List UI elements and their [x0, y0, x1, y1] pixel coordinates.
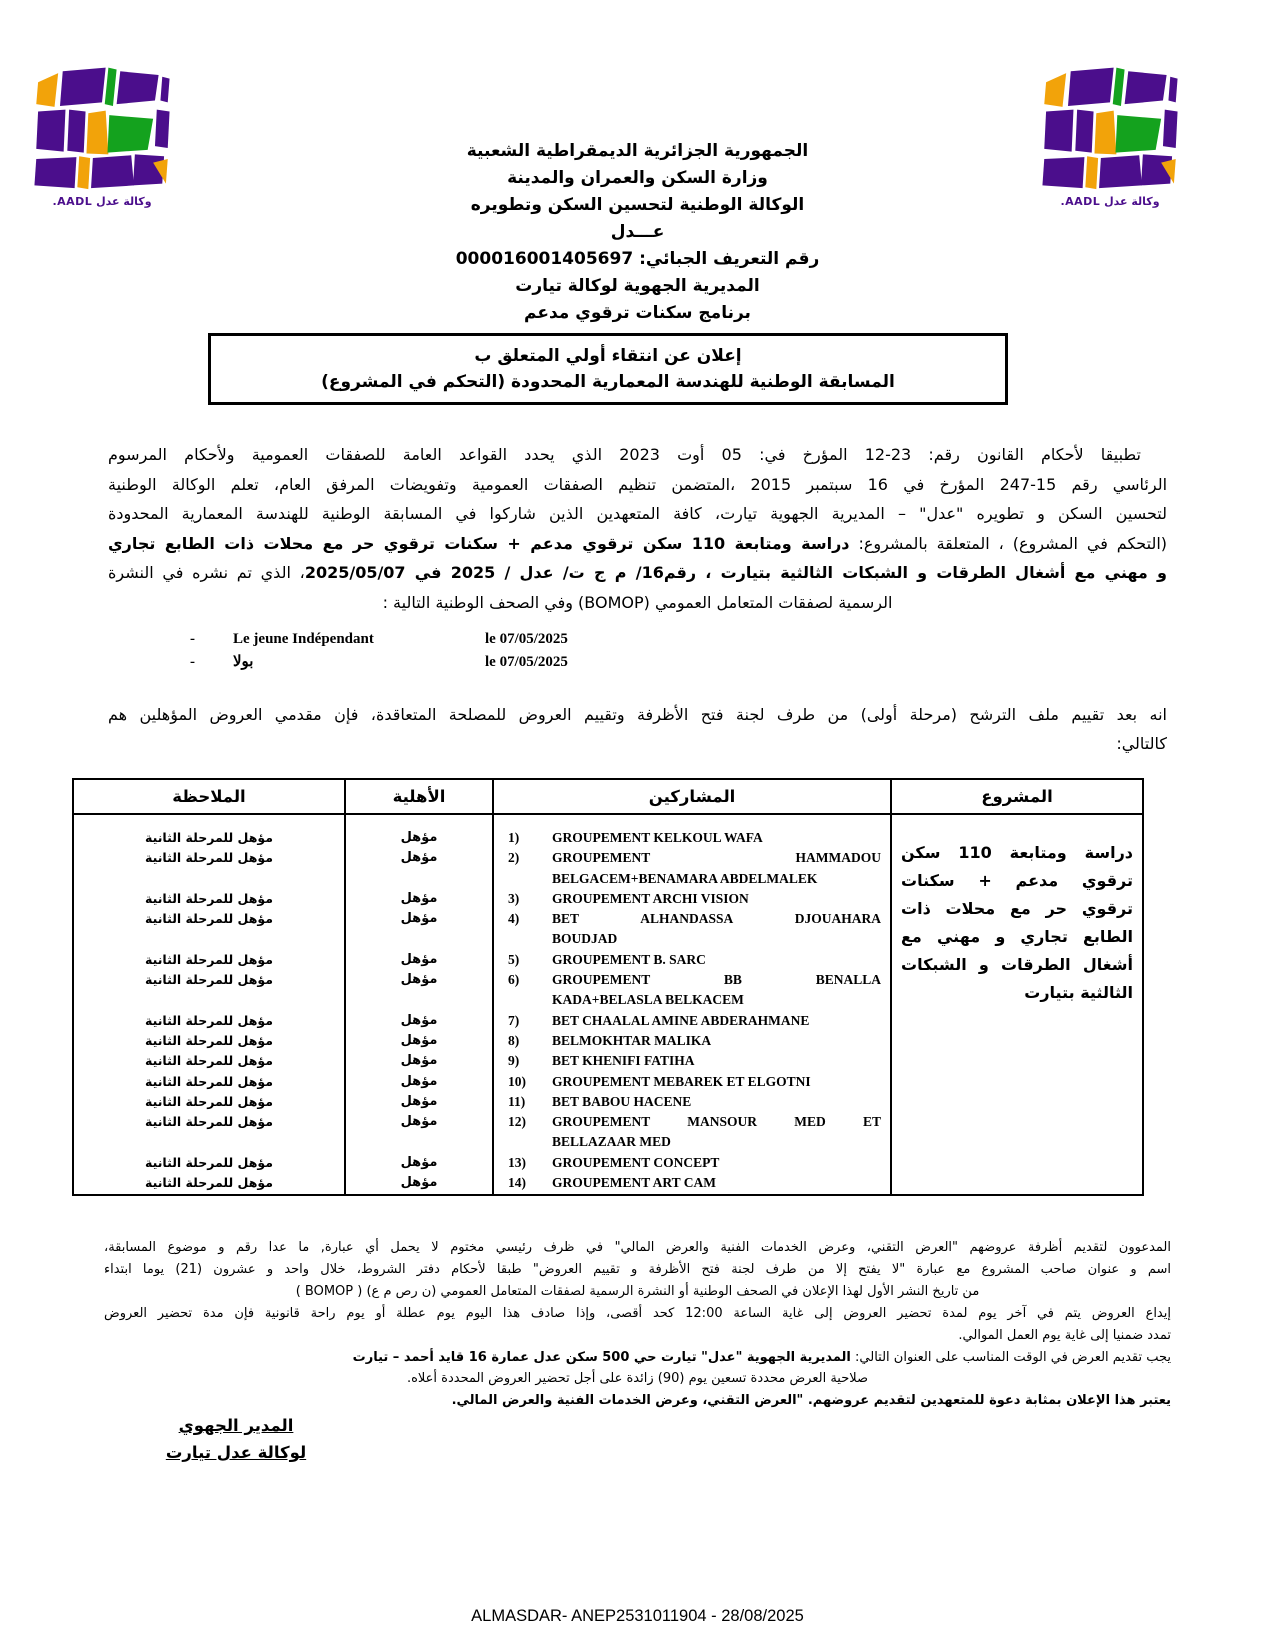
bold-text-segment: و مهني مع أشغال الطرقات و الشبكات الثالث… [305, 563, 1167, 582]
eligibility-cell-line [346, 1132, 492, 1152]
participant-number: 1) [508, 828, 519, 848]
eligibility-cell-line: مؤهل [346, 1031, 492, 1051]
eligibility-cell-line: مؤهل [346, 828, 492, 848]
table-body-participants: 1)GROUPEMENT KELKOUL WAFA2)GROUPEMENT HA… [494, 815, 890, 1194]
participant-line: BELLAZAAR MED [494, 1132, 890, 1152]
text-segment: تطبيقا لأحكام القانون رقم: 23-12 المؤرخ … [108, 445, 1141, 464]
participant-number: 9) [508, 1051, 519, 1071]
text-segment: المدعوون لتقديم أظرفة عروضهم "العرض التق… [104, 1240, 1171, 1255]
text-segment: لتحسين السكن و تطويره "عدل" – المديرية ا… [108, 504, 1167, 523]
participant-line: BOUDJAD [494, 929, 890, 949]
participant-number: 5) [508, 950, 519, 970]
eligibility-cell-line: مؤهل [346, 1092, 492, 1112]
signature-title: المدير الجهوي [138, 1412, 334, 1439]
participant-line: 12)GROUPEMENT MANSOUR MED ET [494, 1112, 890, 1132]
qualification-line2: كالتالي: [108, 729, 1167, 758]
participant-name: KADA+BELASLA BELKACEM [552, 990, 881, 1010]
eligibility-cell-line: مؤهل [346, 1153, 492, 1173]
participant-number: 10) [508, 1072, 526, 1092]
eligibility-cell-line: مؤهل [346, 970, 492, 990]
participant-line: 14)GROUPEMENT ART CAM [494, 1173, 890, 1193]
note-cell-line [74, 929, 344, 949]
letterhead-line-direction: المديرية الجهوية لوكالة تيارت [0, 273, 1275, 300]
text-segment: صلاحية العرض محددة تسعين يوم (90) زائدة … [407, 1371, 868, 1386]
footer-line: من تاريخ النشر الأول لهذا الإعلان في الص… [104, 1281, 1171, 1303]
participant-name: GROUPEMENT ART CAM [552, 1173, 881, 1193]
participant-number: 13) [508, 1153, 526, 1173]
list-dash: - [190, 628, 233, 651]
newspaper-item: -Le jeune Indépendantle 07/05/2025 [190, 628, 830, 651]
intro-line: و مهني مع أشغال الطرقات و الشبكات الثالث… [108, 558, 1167, 588]
participant-line: 7)BET CHAALAL AMINE ABDERAHMANE [494, 1011, 890, 1031]
publication-reference: ALMASDAR- ANEP2531011904 - 28/08/2025 [0, 1607, 1275, 1626]
participant-line: 11)BET BABOU HACENE [494, 1092, 890, 1112]
letterhead-line-aadl: عـــدل [0, 219, 1275, 246]
participant-line: 3)GROUPEMENT ARCHI VISION [494, 889, 890, 909]
table-header-project: المشروع [892, 780, 1142, 815]
note-cell-line: مؤهل للمرحلة الثانية [74, 970, 344, 990]
note-cell-line: مؤهل للمرحلة الثانية [74, 1112, 344, 1132]
participant-line: 8)BELMOKHTAR MALIKA [494, 1031, 890, 1051]
qualification-paragraph: انه بعد تقييم ملف الترشح (مرحلة أولى) من… [108, 700, 1167, 758]
participant-line: 9)BET KHENIFI FATIHA [494, 1051, 890, 1071]
intro-line: الرئاسي رقم 15-247 المؤرخ في 16 سبتمبر 2… [108, 470, 1167, 500]
note-cell-line: مؤهل للمرحلة الثانية [74, 1031, 344, 1051]
footer-line: يعتبر هذا الإعلان بمثابة دعوة للمتعهدين … [104, 1390, 1171, 1412]
eligibility-cell-line: مؤهل [346, 909, 492, 929]
participant-line: 1)GROUPEMENT KELKOUL WAFA [494, 828, 890, 848]
footer-line: إيداع العروض يتم في آخر يوم لمدة تحضير ا… [104, 1303, 1171, 1325]
footer-line: المدعوون لتقديم أظرفة عروضهم "العرض التق… [104, 1237, 1171, 1259]
announcement-title-box: إعلان عن انتقاء أولي المتعلق ب المسابقة … [208, 333, 1008, 405]
intro-paragraph: تطبيقا لأحكام القانون رقم: 23-12 المؤرخ … [108, 440, 1167, 617]
participant-name: GROUPEMENT CONCEPT [552, 1153, 881, 1173]
note-cell-line: مؤهل للمرحلة الثانية [74, 1011, 344, 1031]
footer-paragraph: المدعوون لتقديم أظرفة عروضهم "العرض التق… [104, 1237, 1171, 1412]
table-header-eligibility: الأهلية [346, 780, 492, 815]
participant-number: 2) [508, 848, 519, 868]
note-cell-line [74, 990, 344, 1010]
participant-name: GROUPEMENT B. SARC [552, 950, 881, 970]
participant-line: 10)GROUPEMENT MEBAREK ET ELGOTNI [494, 1072, 890, 1092]
participant-number: 14) [508, 1173, 526, 1193]
table-column-eligibility: الأهلية مؤهلمؤهلمؤهلمؤهلمؤهلمؤهلمؤهلمؤهل… [346, 780, 494, 1194]
announcement-title-line2: المسابقة الوطنية للهندسة المعمارية المحد… [217, 369, 999, 395]
participant-name: BOUDJAD [552, 929, 881, 949]
participant-name: BET KHENIFI FATIHA [552, 1051, 881, 1071]
table-header-note: الملاحظة [74, 780, 344, 815]
announcement-title-line1: إعلان عن انتقاء أولي المتعلق ب [217, 343, 999, 369]
participant-name: GROUPEMENT MEBAREK ET ELGOTNI [552, 1072, 881, 1092]
document-letterhead: الجمهورية الجزائرية الديمقراطية الشعبية … [0, 138, 1275, 327]
participant-line: 4)BET ALHANDASSA DJOUAHARA [494, 909, 890, 929]
participant-number: 4) [508, 909, 519, 929]
text-segment: ، الذي تم نشره في النشرة [108, 563, 305, 582]
participant-number: 11) [508, 1092, 525, 1112]
intro-line: تطبيقا لأحكام القانون رقم: 23-12 المؤرخ … [108, 440, 1167, 470]
newspaper-item: -بولاle 07/05/2025 [190, 651, 830, 674]
eligibility-cell-line [346, 929, 492, 949]
intro-line: لتحسين السكن و تطويره "عدل" – المديرية ا… [108, 499, 1167, 529]
eligibility-cell-line: مؤهل [346, 848, 492, 868]
footer-line: صلاحية العرض محددة تسعين يوم (90) زائدة … [104, 1368, 1171, 1390]
footer-line: يجب تقديم العرض في الوقت المناسب على الع… [104, 1347, 1171, 1369]
eligibility-cell-line: مؤهل [346, 1112, 492, 1132]
qualification-line1: انه بعد تقييم ملف الترشح (مرحلة أولى) من… [108, 700, 1167, 729]
footer-line: اسم و عنوان صاحب المشروع مع عبارة "لا يف… [104, 1259, 1171, 1281]
signature-block: المدير الجهوي لوكالة عدل تيارت [138, 1412, 334, 1466]
letterhead-line-republic: الجمهورية الجزائرية الديمقراطية الشعبية [0, 138, 1275, 165]
newspaper-name: Le jeune Indépendant [233, 628, 485, 651]
eligibility-cell-line: مؤهل [346, 1051, 492, 1071]
participant-name: GROUPEMENT MANSOUR MED ET [552, 1112, 881, 1132]
participant-name: BELGACEM+BENAMARA ABDELMALEK [552, 869, 881, 889]
note-cell-line: مؤهل للمرحلة الثانية [74, 1173, 344, 1193]
eligibility-cell-line: مؤهل [346, 950, 492, 970]
text-segment: اسم و عنوان صاحب المشروع مع عبارة "لا يف… [104, 1262, 1171, 1277]
participant-line: 5)GROUPEMENT B. SARC [494, 950, 890, 970]
intro-line: (التحكم في المشروع) ، المتعلقة بالمشروع:… [108, 529, 1167, 559]
note-cell-line [74, 1132, 344, 1152]
document-page: وكالة عدل AADL. وكالة عدل AADL. الجمهوري… [0, 0, 1275, 1650]
note-cell-line: مؤهل للمرحلة الثانية [74, 1153, 344, 1173]
participant-number: 12) [508, 1112, 526, 1132]
participant-line: 6)GROUPEMENT BB BENALLA [494, 970, 890, 990]
note-cell-line: مؤهل للمرحلة الثانية [74, 828, 344, 848]
text-segment: الرسمية لصفقات المتعامل العمومي (BOMOP) … [383, 593, 893, 612]
participant-name: GROUPEMENT HAMMADOU [552, 848, 881, 868]
participant-number: 8) [508, 1031, 519, 1051]
table-column-project: المشروع دراسة ومتابعة 110 سكن ترقوي مدعم… [892, 780, 1142, 1194]
note-cell-line: مؤهل للمرحلة الثانية [74, 1051, 344, 1071]
eligibility-cell-line: مؤهل [346, 1011, 492, 1031]
participant-name: GROUPEMENT ARCHI VISION [552, 889, 881, 909]
letterhead-line-ministry: وزارة السكن والعمران والمدينة [0, 165, 1275, 192]
eligibility-cell-line: مؤهل [346, 1173, 492, 1193]
text-segment: من تاريخ النشر الأول لهذا الإعلان في الص… [296, 1284, 980, 1299]
eligibility-cell-line: مؤهل [346, 889, 492, 909]
participant-number: 6) [508, 970, 519, 990]
text-segment: تمدد ضمنيا إلى غاية يوم العمل الموالي. [958, 1328, 1171, 1343]
note-cell-line: مؤهل للمرحلة الثانية [74, 950, 344, 970]
bold-text-segment: يعتبر هذا الإعلان بمثابة دعوة للمتعهدين … [452, 1393, 1171, 1408]
text-segment: يجب تقديم العرض في الوقت المناسب على الع… [851, 1350, 1171, 1365]
letterhead-line-tax-id: رقم التعريف الجبائي: 000016001405697 [0, 246, 1275, 273]
table-column-note: الملاحظة مؤهل للمرحلة الثانيةمؤهل للمرحل… [74, 780, 346, 1194]
note-cell-line: مؤهل للمرحلة الثانية [74, 909, 344, 929]
publication-date: le 07/05/2025 [485, 628, 568, 651]
table-column-participants: المشاركين 1)GROUPEMENT KELKOUL WAFA2)GRO… [494, 780, 892, 1194]
participant-name: BET BABOU HACENE [552, 1092, 881, 1112]
eligibility-cell-line [346, 990, 492, 1010]
footer-line: تمدد ضمنيا إلى غاية يوم العمل الموالي. [104, 1325, 1171, 1347]
participant-line: KADA+BELASLA BELKACEM [494, 990, 890, 1010]
participant-name: BET CHAALAL AMINE ABDERAHMANE [552, 1011, 881, 1031]
text-segment: (التحكم في المشروع) ، المتعلقة بالمشروع: [850, 534, 1168, 553]
bold-text-segment: المديرية الجهوية "عدل" تيارت حي 500 سكن … [353, 1350, 851, 1365]
newspaper-list: -Le jeune Indépendantle 07/05/2025-بولاl… [190, 628, 830, 673]
letterhead-line-agency: الوكالة الوطنية لتحسين السكن وتطويره [0, 192, 1275, 219]
participant-name: BELMOKHTAR MALIKA [552, 1031, 881, 1051]
table-body-eligibility: مؤهلمؤهلمؤهلمؤهلمؤهلمؤهلمؤهلمؤهلمؤهلمؤهل… [346, 815, 492, 1194]
note-cell-line [74, 869, 344, 889]
participant-line: 2)GROUPEMENT HAMMADOU [494, 848, 890, 868]
participant-name: BELLAZAAR MED [552, 1132, 881, 1152]
table-body-note: مؤهل للمرحلة الثانيةمؤهل للمرحلة الثانية… [74, 815, 344, 1194]
text-segment: إيداع العروض يتم في آخر يوم لمدة تحضير ا… [104, 1306, 1171, 1321]
note-cell-line: مؤهل للمرحلة الثانية [74, 1072, 344, 1092]
participant-number: 3) [508, 889, 519, 909]
results-table: الملاحظة مؤهل للمرحلة الثانيةمؤهل للمرحل… [72, 778, 1144, 1196]
publication-date: le 07/05/2025 [485, 651, 568, 674]
letterhead-line-program: برنامج سكنات ترقوي مدعم [0, 300, 1275, 327]
bold-text-segment: دراسة ومتابعة 110 سكن ترقوي مدعم + سكنات… [108, 534, 850, 553]
project-description-cell: دراسة ومتابعة 110 سكن ترقوي مدعم + سكنات… [892, 815, 1142, 1194]
participant-name: BET ALHANDASSA DJOUAHARA [552, 909, 881, 929]
participant-line: BELGACEM+BENAMARA ABDELMALEK [494, 869, 890, 889]
participant-number: 7) [508, 1011, 519, 1031]
note-cell-line: مؤهل للمرحلة الثانية [74, 889, 344, 909]
participant-line: 13)GROUPEMENT CONCEPT [494, 1153, 890, 1173]
eligibility-cell-line [346, 869, 492, 889]
eligibility-cell-line: مؤهل [346, 1072, 492, 1092]
text-segment: الرئاسي رقم 15-247 المؤرخ في 16 سبتمبر 2… [108, 475, 1167, 494]
note-cell-line: مؤهل للمرحلة الثانية [74, 848, 344, 868]
list-dash: - [190, 651, 233, 674]
intro-line: الرسمية لصفقات المتعامل العمومي (BOMOP) … [108, 588, 1167, 618]
note-cell-line: مؤهل للمرحلة الثانية [74, 1092, 344, 1112]
table-header-participants: المشاركين [494, 780, 890, 815]
participant-name: GROUPEMENT KELKOUL WAFA [552, 828, 881, 848]
participant-name: GROUPEMENT BB BENALLA [552, 970, 881, 990]
newspaper-name: بولا [233, 651, 485, 674]
signature-agency: لوكالة عدل تيارت [138, 1439, 334, 1466]
